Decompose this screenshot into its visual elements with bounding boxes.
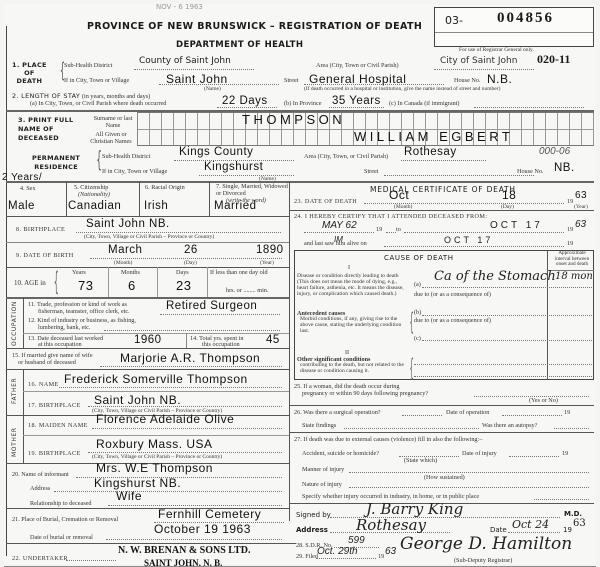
citizenship: Canadian [68,200,121,212]
total-years: 45 [266,334,280,346]
death-sub-health-district: County of Saint John [139,56,231,66]
informant-relationship: Wife [116,489,142,503]
residence-sub-health: Kings County [179,146,253,158]
stay-province: 35 Years [332,95,381,107]
death-registration-form: NOV - 6 1963 PROVINCE OF NEW BRUNSWICK –… [4,4,596,564]
residence-city: Kingshurst [204,161,263,173]
age-months: 6 [128,278,136,293]
signature-date: Oct 24 [512,518,549,531]
death-month: Oct [389,188,409,202]
cause-a: Ca of the Stomach [434,269,556,284]
mother-maiden-name: Florence Adelaide Olive [96,412,234,426]
registrar-signature: George D. Hamilton [400,534,572,554]
stay-city: 22 Days [222,95,268,107]
left-border [6,26,7,556]
father-name: Frederick Somerville Thompson [64,372,248,386]
registration-number-box: 03- 004856 [434,7,594,47]
marital-status: Married [214,200,256,212]
burial-place: Fernhill Cemetery [158,507,261,521]
attended-from: MAY 62 [322,220,357,231]
cause-a-interval: 18 mon [555,271,593,282]
attended-to-year: 63 [575,219,586,230]
last-saw-date: OCT 17 [444,235,493,245]
dob-month: March [108,244,142,256]
mother-birthplace: Roxbury Mass. USA [96,437,213,451]
birthplace: Saint John NB. [86,218,170,230]
occupation-trade: Retired Surgeon [166,300,257,312]
father-side-label: FATHER [11,378,18,404]
filed-year: 63 [385,546,396,557]
given-names: WILLIAM EGBERT [354,129,513,144]
death-area: City of Saint John [440,56,517,66]
residence-area: Rothesay [404,146,457,158]
form-title: PROVINCE OF NEW BRUNSWICK – REGISTRATION… [87,21,422,32]
death-year: 63 [575,190,587,201]
residence-house-no: NB. [554,162,575,174]
department-title: DEPARTMENT OF HEALTH [176,40,303,50]
name-label: 3. PRINT FULL NAME OF DECEASED [18,116,73,143]
registrar-note: For use of Registrar General only. [459,47,534,53]
received-stamp: NOV - 6 1963 [156,3,203,11]
residence-label: PERMANENT RESIDENCE [32,154,80,172]
registration-prefix: 03- [445,14,463,27]
age-years: 73 [78,278,93,293]
racial-origin: Irish [144,200,168,212]
age-days: 23 [176,278,191,293]
residence-area-code: 000-06 [539,146,570,157]
attended-to: OCT 17 [490,220,543,231]
death-city: Saint John [166,72,228,86]
death-house-no: N.B. [487,72,512,86]
surname: THOMPSON [242,112,345,127]
registration-number: 004856 [497,10,554,27]
death-street: General Hospital [309,72,406,86]
death-day: 18 [502,188,516,202]
occupation-side-label: OCCUPATION [11,301,18,346]
dob-year: 1890 [256,244,284,256]
registrar-code: 020-11 [537,52,570,67]
sdr-number: 599 [348,535,365,546]
mother-side-label: MOTHER [11,427,18,457]
place-of-death-label: 1. PLACE OF DEATH [12,61,47,85]
informant-name: Mrs. W.E Thompson [96,461,213,475]
filed-date: Oct. 29th [317,546,358,557]
physician-address: Rothesay [356,516,426,534]
signature-year: 63 [573,518,586,529]
spouse-name: Marjorie A.R. Thompson [120,351,260,365]
informant-address: Kingshurst NB. [94,476,181,490]
last-saw-him: IM [334,235,343,244]
cause-heading: CAUSE OF DEATH [384,254,454,262]
dob-day: 26 [184,244,198,256]
sex: Male [8,200,35,212]
last-worked: 1960 [134,334,162,346]
burial-date: October 19 1963 [154,522,251,536]
undertaker-stamp-line-1: N. W. BRENAN & SONS LTD. [118,545,250,556]
father-birthplace: Saint John NB. [94,393,181,407]
